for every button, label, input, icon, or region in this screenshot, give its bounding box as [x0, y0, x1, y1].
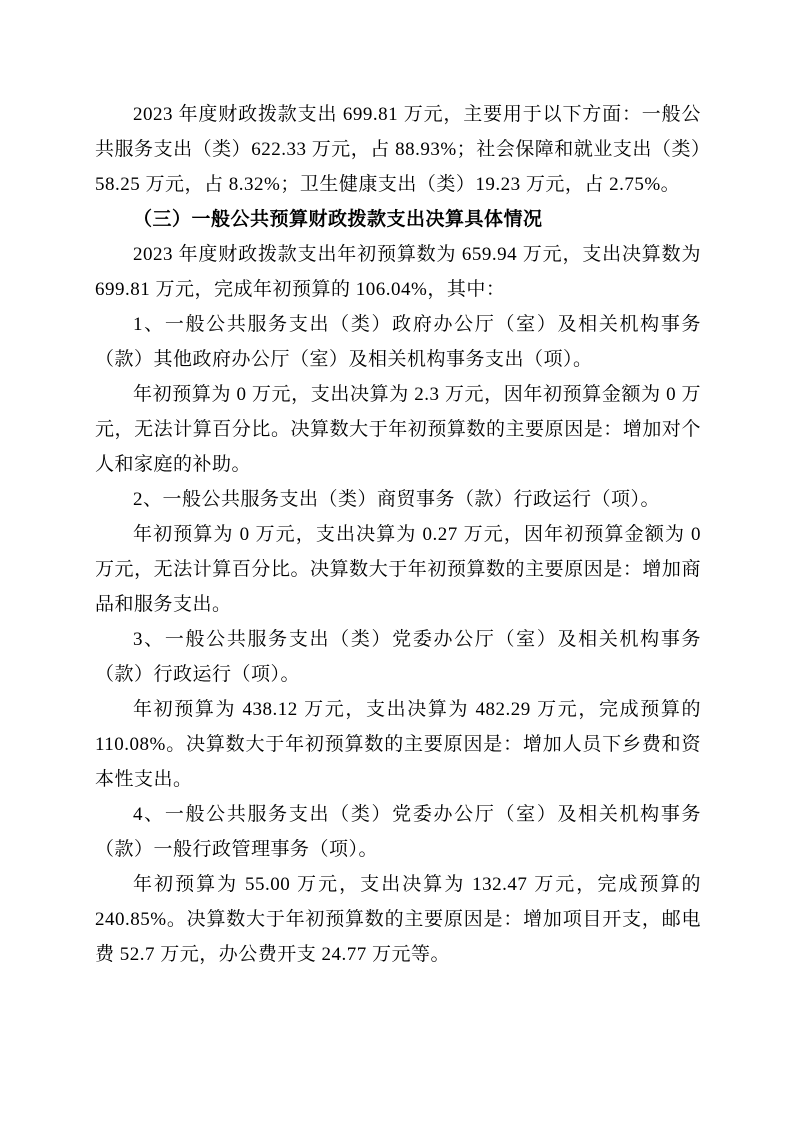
paragraph-item-2-title: 2、一般公共服务支出（类）商贸事务（款）行政运行（项）。 — [95, 482, 701, 517]
paragraph-item-1-detail: 年初预算为 0 万元，支出决算为 2.3 万元，因年初预算金额为 0 万元，无法… — [95, 377, 701, 482]
paragraph-item-1-title: 1、一般公共服务支出（类）政府办公厅（室）及相关机构事务（款）其他政府办公厅（室… — [95, 307, 701, 377]
paragraph-item-2-detail: 年初预算为 0 万元，支出决算为 0.27 万元，因年初预算金额为 0 万元，无… — [95, 517, 701, 622]
section-heading: （三）一般公共预算财政拨款支出决算具体情况 — [95, 202, 701, 237]
paragraph-fiscal-expenditure-overview: 2023 年度财政拨款支出 699.81 万元，主要用于以下方面：一般公共服务支… — [95, 97, 701, 202]
paragraph-item-4-title: 4、一般公共服务支出（类）党委办公厅（室）及相关机构事务（款）一般行政管理事务（… — [95, 797, 701, 867]
document-page: 2023 年度财政拨款支出 699.81 万元，主要用于以下方面：一般公共服务支… — [0, 0, 793, 1122]
paragraph-item-4-detail: 年初预算为 55.00 万元，支出决算为 132.47 万元，完成预算的 240… — [95, 867, 701, 972]
document-body: 2023 年度财政拨款支出 699.81 万元，主要用于以下方面：一般公共服务支… — [95, 97, 701, 972]
paragraph-item-3-detail: 年初预算为 438.12 万元，支出决算为 482.29 万元，完成预算的 11… — [95, 692, 701, 797]
paragraph-budget-summary: 2023 年度财政拨款支出年初预算数为 659.94 万元，支出决算数为 699… — [95, 237, 701, 307]
paragraph-item-3-title: 3、一般公共服务支出（类）党委办公厅（室）及相关机构事务（款）行政运行（项）。 — [95, 622, 701, 692]
